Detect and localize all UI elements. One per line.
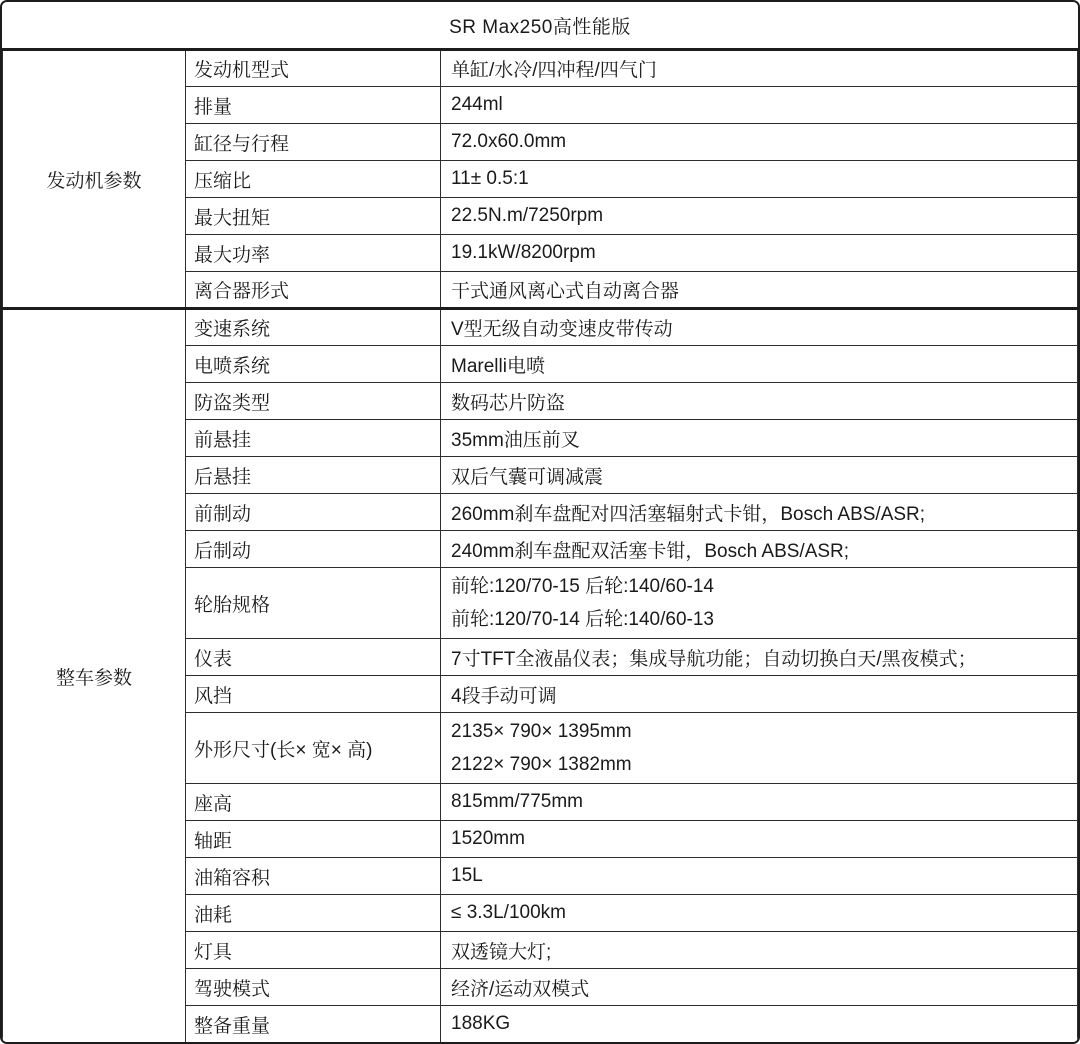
spec-label: 最大扭矩 [186, 198, 441, 235]
spec-label: 电喷系统 [186, 346, 441, 383]
spec-value: 数码芯片防盗 [441, 383, 1078, 420]
table-title: SR Max250高性能版 [3, 2, 1078, 50]
spec-value-line: 前轮:120/70-15 后轮:140/60-14 [451, 570, 1067, 603]
spec-label: 发动机型式 [186, 50, 441, 87]
spec-label: 油箱容积 [186, 858, 441, 895]
spec-value: 72.0x60.0mm [441, 124, 1078, 161]
spec-value: 19.1kW/8200rpm [441, 235, 1078, 272]
spec-value: 260mm刹车盘配对四活塞辐射式卡钳，Bosch ABS/ASR; [441, 494, 1078, 531]
spec-label: 排量 [186, 87, 441, 124]
spec-value: Marelli电喷 [441, 346, 1078, 383]
spec-label: 油耗 [186, 895, 441, 932]
spec-value: 单缸/水冷/四冲程/四气门 [441, 50, 1078, 87]
spec-label: 风挡 [186, 676, 441, 713]
spec-value: 815mm/775mm [441, 784, 1078, 821]
spec-value: 双透镜大灯; [441, 932, 1078, 969]
spec-value: 240mm刹车盘配双活塞卡钳，Bosch ABS/ASR; [441, 531, 1078, 568]
spec-label: 最大功率 [186, 235, 441, 272]
spec-value: 15L [441, 858, 1078, 895]
spec-table: SR Max250高性能版 发动机参数发动机型式单缸/水冷/四冲程/四气门排量2… [2, 2, 1078, 1043]
spec-value-line: 2135× 790× 1395mm [451, 715, 1067, 748]
spec-value-line: 前轮:120/70-14 后轮:140/60-13 [451, 603, 1067, 636]
spec-label: 变速系统 [186, 309, 441, 346]
spec-label: 前制动 [186, 494, 441, 531]
spec-label: 前悬挂 [186, 420, 441, 457]
spec-sheet: SR Max250高性能版 发动机参数发动机型式单缸/水冷/四冲程/四气门排量2… [0, 0, 1080, 1044]
spec-table-body: 发动机参数发动机型式单缸/水冷/四冲程/四气门排量244ml缸径与行程72.0x… [3, 50, 1078, 1043]
spec-value: 4段手动可调 [441, 676, 1078, 713]
spec-value: V型无级自动变速皮带传动 [441, 309, 1078, 346]
spec-value: 11± 0.5:1 [441, 161, 1078, 198]
spec-value: 干式通风离心式自动离合器 [441, 272, 1078, 309]
spec-label: 轮胎规格 [186, 568, 441, 639]
spec-value: 188KG [441, 1006, 1078, 1043]
title-row: SR Max250高性能版 [3, 2, 1078, 50]
spec-value: 244ml [441, 87, 1078, 124]
section-group-label: 整车参数 [3, 309, 186, 1043]
spec-value: ≤ 3.3L/100km [441, 895, 1078, 932]
spec-value: 7寸TFT全液晶仪表；集成导航功能；自动切换白天/黑夜模式； [441, 639, 1078, 676]
spec-label: 离合器形式 [186, 272, 441, 309]
spec-label: 轴距 [186, 821, 441, 858]
spec-value-line: 2122× 790× 1382mm [451, 748, 1067, 781]
spec-label: 仪表 [186, 639, 441, 676]
spec-value: 经济/运动双模式 [441, 969, 1078, 1006]
spec-label: 座高 [186, 784, 441, 821]
spec-row: 发动机参数发动机型式单缸/水冷/四冲程/四气门 [3, 50, 1078, 87]
spec-value: 1520mm [441, 821, 1078, 858]
spec-row: 整车参数变速系统V型无级自动变速皮带传动 [3, 309, 1078, 346]
spec-value: 2135× 790× 1395mm2122× 790× 1382mm [441, 713, 1078, 784]
section-group-label: 发动机参数 [3, 50, 186, 309]
spec-label: 防盗类型 [186, 383, 441, 420]
spec-label: 灯具 [186, 932, 441, 969]
spec-value: 35mm油压前叉 [441, 420, 1078, 457]
spec-label: 整备重量 [186, 1006, 441, 1043]
spec-value: 22.5N.m/7250rpm [441, 198, 1078, 235]
spec-label: 驾驶模式 [186, 969, 441, 1006]
spec-label: 外形尺寸(长× 宽× 高) [186, 713, 441, 784]
spec-value: 双后气囊可调减震 [441, 457, 1078, 494]
spec-label: 缸径与行程 [186, 124, 441, 161]
spec-label: 压缩比 [186, 161, 441, 198]
spec-label: 后悬挂 [186, 457, 441, 494]
spec-value: 前轮:120/70-15 后轮:140/60-14前轮:120/70-14 后轮… [441, 568, 1078, 639]
spec-label: 后制动 [186, 531, 441, 568]
